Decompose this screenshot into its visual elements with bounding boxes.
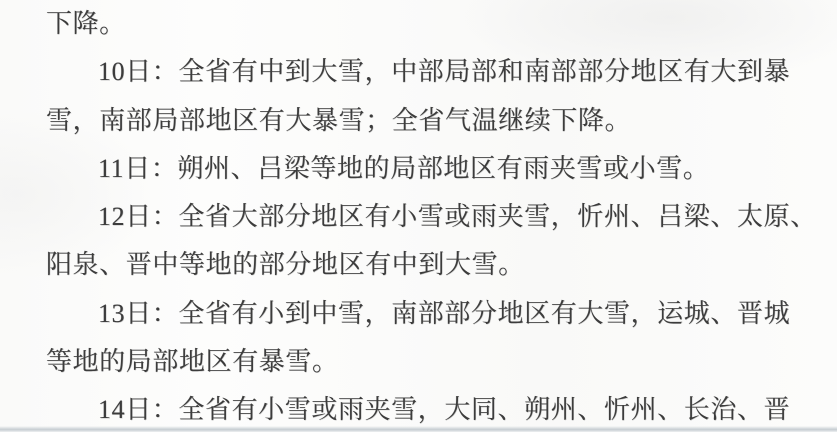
scanned-document-page: 下降。 10日：全省有中到大雪，中部局部和南部部分地区有大到暴 雪，南部局部地区… <box>0 0 837 432</box>
scan-edge-band <box>0 426 837 432</box>
text-line-continuation: 雪，南部局部地区有大暴雪；全省气温继续下降。 <box>46 97 817 145</box>
text-line-continuation: 等地的局部地区有暴雪。 <box>46 338 817 386</box>
text-line-date-12: 12日：全省大部分地区有小雪或雨夹雪，忻州、吕梁、太原、 <box>46 193 817 241</box>
text-line-date-13: 13日：全省有小到中雪，南部部分地区有大雪，运城、晋城 <box>46 290 817 338</box>
text-line-continuation: 阳泉、晋中等地的部分地区有中到大雪。 <box>46 241 817 289</box>
text-line-continuation: 下降。 <box>46 0 817 48</box>
text-line-date-10: 10日：全省有中到大雪，中部局部和南部部分地区有大到暴 <box>46 48 817 96</box>
text-line-date-11: 11日：朔州、吕梁等地的局部地区有雨夹雪或小雪。 <box>46 145 817 193</box>
document-text-block: 下降。 10日：全省有中到大雪，中部局部和南部部分地区有大到暴 雪，南部局部地区… <box>0 0 837 432</box>
